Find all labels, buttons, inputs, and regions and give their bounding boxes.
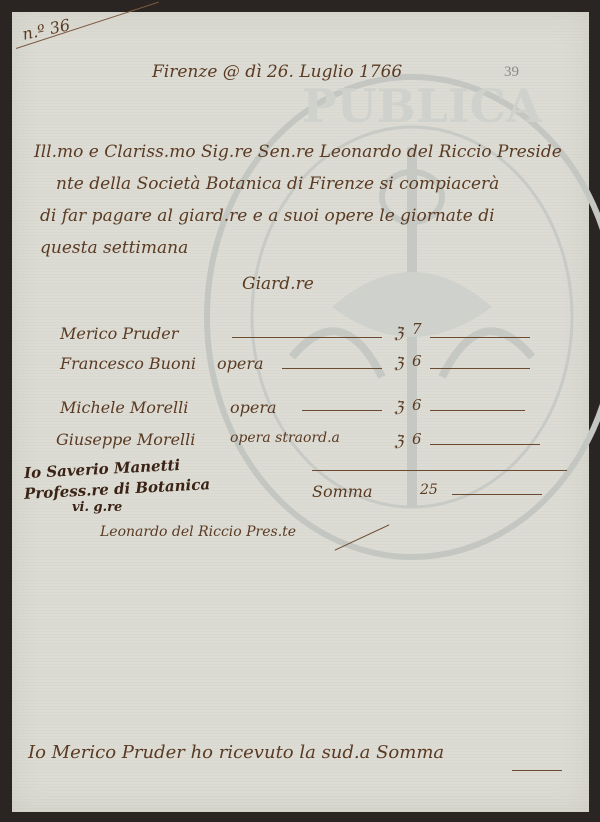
signature-flourish: [335, 524, 390, 550]
receipt-line: Io Merico Pruder ho ricevuto la sud.a So…: [28, 742, 444, 763]
page-number: 39: [504, 64, 519, 81]
total-amount: 25: [420, 482, 438, 498]
signature: Leonardo del Riccio Pres.te: [100, 524, 296, 540]
entry-leader: [232, 337, 382, 338]
approval-line-3: vi. g.re: [72, 500, 122, 515]
entry-amount: 6: [412, 430, 422, 448]
total-rule: [312, 470, 567, 471]
entry-amount-symbol: ℨ: [394, 398, 403, 416]
entry-role: opera: [230, 398, 277, 417]
watermark-seal-icon: PUBLICA: [182, 57, 600, 577]
entry-leader: [282, 368, 382, 369]
entry-name: Giuseppe Morelli: [56, 430, 195, 449]
entry-trail: [430, 444, 540, 445]
body-line-1: nte della Società Botanica di Firenze si…: [56, 174, 499, 194]
entry-leader: [302, 410, 382, 411]
entry-name: Francesco Buoni: [60, 354, 196, 373]
entry-role: opera: [217, 354, 264, 373]
entry-trail: [430, 337, 530, 338]
entry-role: opera straord.a: [230, 430, 340, 446]
entry-trail: [430, 410, 525, 411]
entry-name: Merico Pruder: [60, 324, 178, 343]
entry-amount: 6: [412, 396, 422, 414]
body-line-2: di far pagare al giard.re e a suoi opere…: [40, 206, 495, 226]
receipt-flourish: [512, 770, 562, 771]
entry-amount: 6: [412, 352, 422, 370]
salutation: Ill.mo e Clariss.mo Sig.re Sen.re Leonar…: [34, 142, 562, 162]
entry-trail: [430, 368, 530, 369]
body-line-3: questa settimana: [40, 238, 188, 258]
entry-amount: 7: [412, 320, 422, 338]
entry-amount-symbol: ℨ: [394, 432, 403, 450]
entry-amount-symbol: ℨ: [394, 354, 403, 372]
dateline: Firenze @ dì 26. Luglio 1766: [152, 62, 402, 82]
reference-mark: n.º 36: [21, 15, 72, 44]
document-page: PUBLICA n.º 36 Firenze @ dì 26. Luglio 1…: [12, 12, 589, 812]
section-heading: Giard.re: [242, 274, 314, 294]
entry-name: Michele Morelli: [60, 398, 188, 417]
total-trail: [452, 494, 542, 495]
total-label: Somma: [312, 482, 372, 501]
entry-amount-symbol: ℨ: [394, 324, 403, 342]
svg-text:PUBLICA: PUBLICA: [302, 79, 543, 133]
